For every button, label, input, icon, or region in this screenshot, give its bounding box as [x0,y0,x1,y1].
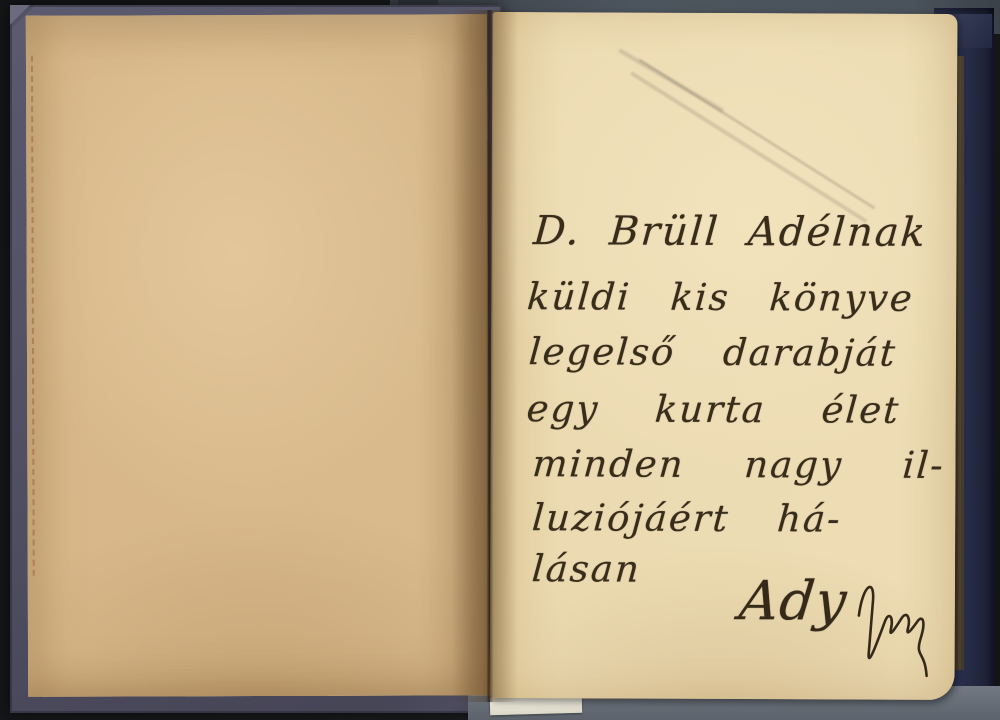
inscription-line: küldi kis könyve [526,275,916,320]
inscription-line: lásan [530,547,642,590]
inscription-line: luziójáért há- [531,496,844,540]
binding-stitch-marks [31,56,35,576]
inscription-line: D. Brüll Adélnak [532,208,929,256]
left-endpaper-page [26,14,489,697]
signature-text: Ady [736,569,850,632]
inscription-line: egy kurta élet [525,387,902,432]
open-book-photo: D. Brüll Adélnak küldi kis könyve legels… [0,0,1000,720]
stamp-offset-smudge [626,59,875,229]
signature-flourish [849,576,935,686]
signature: Ady [740,569,936,686]
inscription-line: minden nagy il- [531,442,947,487]
inscription-line: legelső darabját [527,330,898,375]
right-flyleaf-page: D. Brüll Adélnak küldi kis könyve legels… [490,12,958,700]
